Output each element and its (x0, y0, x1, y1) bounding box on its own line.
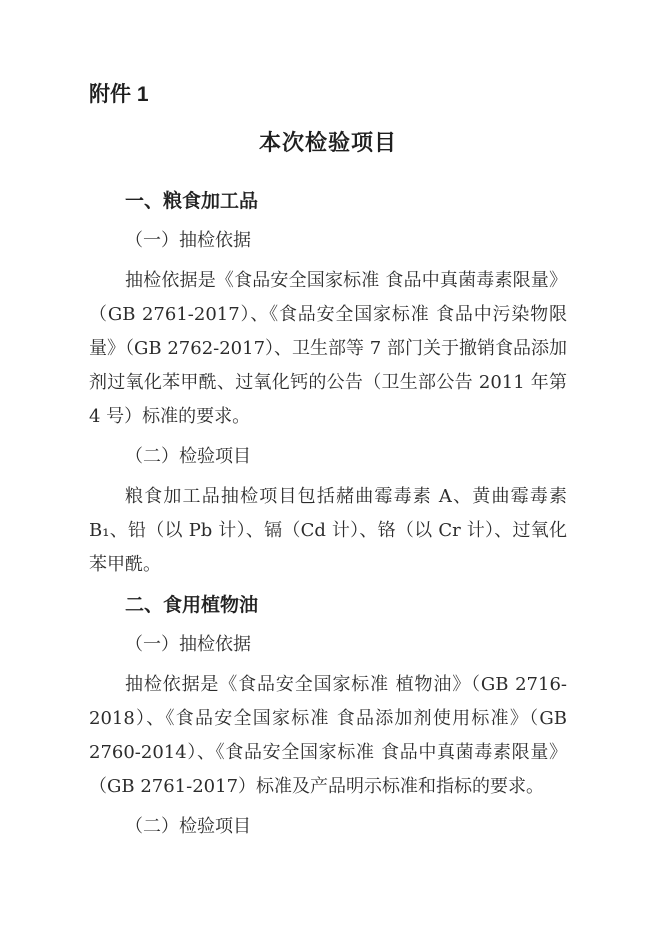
section-2-heading: 二、食用植物油 (89, 588, 567, 622)
section-1-subheading-basis: （一）抽检依据 (89, 224, 567, 258)
section-2-subheading-basis: （一）抽检依据 (89, 628, 567, 662)
section-1-items-paragraph: 粮食加工品抽检项目包括赭曲霉毒素 A、黄曲霉毒素 B₁、铅（以 Pb 计）、镉（… (89, 480, 567, 582)
section-2-subheading-items: （二）检验项目 (89, 810, 567, 844)
section-2-basis-paragraph: 抽检依据是《食品安全国家标准 植物油》（GB 2716-2018）、《食品安全国… (89, 668, 567, 804)
document-title: 本次检验项目 (89, 130, 567, 156)
document-content: 附件 1 本次检验项目 一、粮食加工品 （一）抽检依据 抽检依据是《食品安全国家… (89, 82, 567, 850)
attachment-label: 附件 1 (89, 82, 567, 108)
section-1-subheading-items: （二）检验项目 (89, 440, 567, 474)
section-1-basis-paragraph: 抽检依据是《食品安全国家标准 食品中真菌毒素限量》（GB 2761-2017）、… (89, 264, 567, 434)
document-page: 附件 1 本次检验项目 一、粮食加工品 （一）抽检依据 抽检依据是《食品安全国家… (0, 0, 662, 936)
section-1-heading: 一、粮食加工品 (89, 184, 567, 218)
